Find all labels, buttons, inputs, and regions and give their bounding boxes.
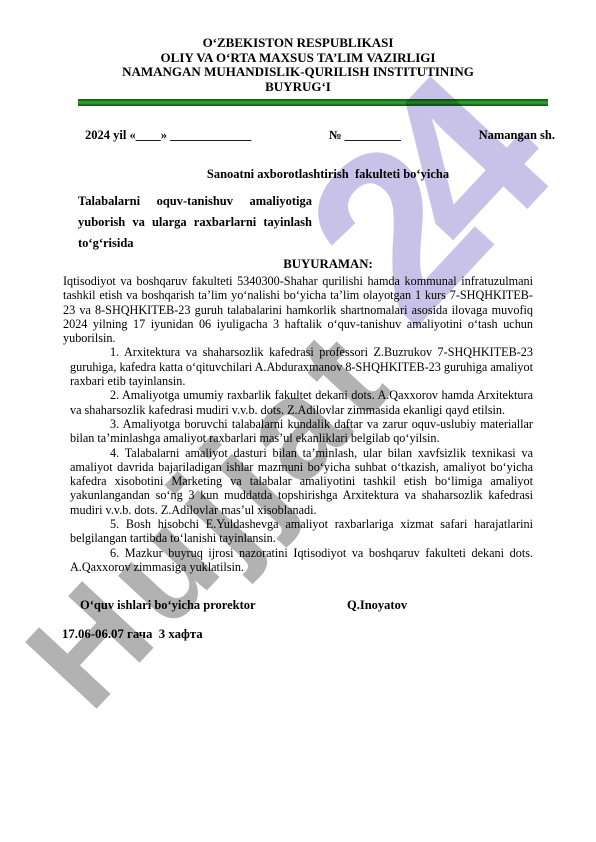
order-item-1: 1. Arxitektura va shaharsozlik kafedrasi… bbox=[70, 345, 533, 388]
order-intro-paragraph: Iqtisodiyot va boshqaruv fakulteti 53403… bbox=[63, 274, 533, 345]
document-header: O‘ZBEKISTON RESPUBLIKASI OLIY VA O‘RTA M… bbox=[0, 36, 596, 94]
header-line-order-type: BUYRUG‘I bbox=[0, 80, 596, 95]
order-item-4: 4. Talabalarni amaliyot dasturi bilan ta… bbox=[70, 446, 533, 517]
handwritten-note-line: 17.06-06.07 гача 3 хафта bbox=[62, 627, 596, 642]
header-line-ministry: OLIY VA O‘RTA MAXSUS TA’LIM VAZIRLIGI bbox=[0, 51, 596, 66]
document-page: O‘ZBEKISTON RESPUBLIKASI OLIY VA O‘RTA M… bbox=[0, 0, 596, 842]
date-blank: 2024 yil «____» _____________ bbox=[85, 128, 251, 143]
header-line-country: O‘ZBEKISTON RESPUBLIKASI bbox=[0, 36, 596, 51]
green-divider-bar bbox=[78, 99, 548, 106]
order-item-6: 6. Mazkur buyruq ijrosi nazoratini Iqtis… bbox=[70, 546, 533, 575]
header-line-institute: NAMANGAN MUHANDISLIK-QURILISH INSTITUTIN… bbox=[0, 65, 596, 80]
order-title-block: Talabalarni oquv-tanishuv amaliyotiga yu… bbox=[78, 191, 312, 254]
place-label: Namangan sh. bbox=[479, 128, 555, 143]
signer-role: O‘quv ishlari bo‘yicha prorektor bbox=[80, 598, 256, 613]
order-item-2: 2. Amaliyotga umumiy raxbarlik fakultet … bbox=[70, 388, 533, 417]
order-item-3: 3. Amaliyotga boruvchi talabalarni kunda… bbox=[70, 417, 533, 446]
faculty-subject-line: Sanoatni axborotlashtirish fakulteti bo‘… bbox=[0, 167, 596, 182]
date-row: 2024 yil «____» _____________ № ________… bbox=[85, 128, 555, 143]
order-word: BUYURAMAN: bbox=[0, 257, 596, 272]
order-item-5: 5. Bosh hisobchi E.Yuldashevga amaliyot … bbox=[70, 517, 533, 546]
order-body: Iqtisodiyot va boshqaruv fakulteti 53403… bbox=[63, 274, 533, 574]
signature-row: O‘quv ishlari bo‘yicha prorektor Q.Inoya… bbox=[0, 598, 596, 614]
order-number-blank: № _________ bbox=[329, 128, 401, 143]
signer-name: Q.Inoyatov bbox=[347, 598, 407, 613]
